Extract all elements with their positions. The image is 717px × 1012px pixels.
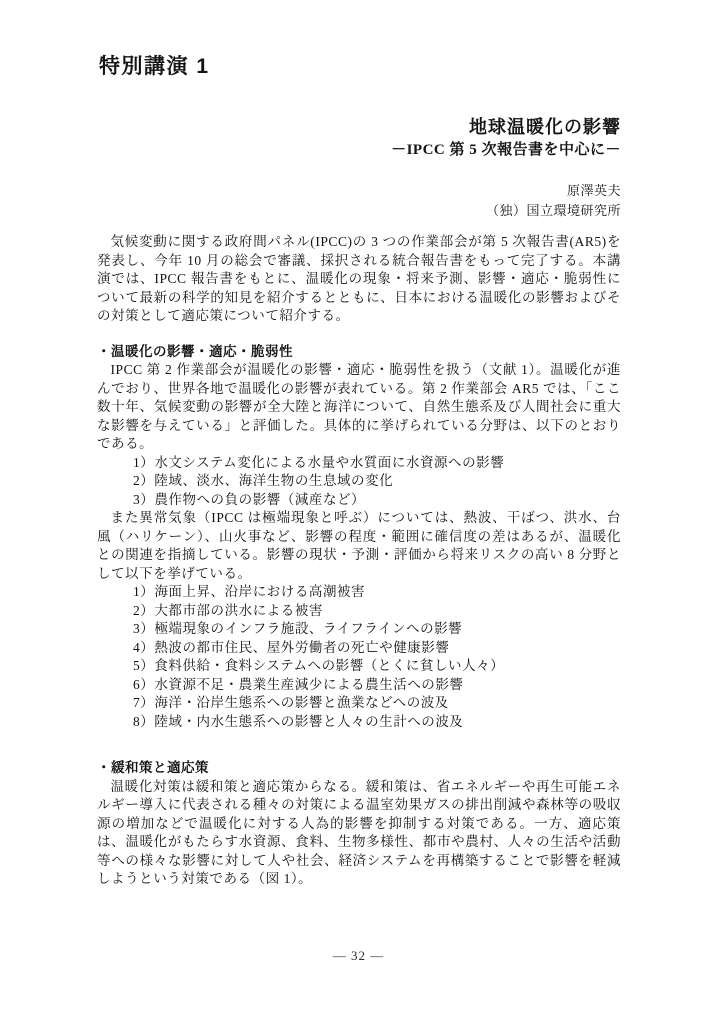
mitigation-paragraph: 温暖化対策は緩和策と適応策からなる。緩和策は、省エネルギーや再生可能エネルギー導… xyxy=(97,778,621,889)
title-block: 地球温暖化の影響 －IPCC 第 5 次報告書を中心に－ xyxy=(391,115,621,161)
list-item: 2）陸域、淡水、海洋生物の生息域の変化 xyxy=(97,472,621,491)
author-block: 原澤英夫 （独）国立環境研究所 xyxy=(486,181,621,220)
section-heading-mitigation-adaptation: ・緩和策と適応策 xyxy=(97,759,621,778)
list-item: 1）海面上昇、沿岸における高潮被害 xyxy=(97,583,621,602)
list-item: 8）陸域・内水生態系への影響と人々の生計への波及 xyxy=(97,713,621,732)
list-item: 7）海洋・沿岸生態系への影響と漁業などへの波及 xyxy=(97,694,621,713)
affected-fields-list: 1）水文システム変化による水量や水質面に水資源への影響 2）陸域、淡水、海洋生物… xyxy=(97,454,621,510)
lecture-series-label: 特別講演 1 xyxy=(99,50,210,80)
page-subtitle: －IPCC 第 5 次報告書を中心に－ xyxy=(391,139,621,161)
page-title: 地球温暖化の影響 xyxy=(391,115,621,139)
page-number: ― 32 ― xyxy=(0,948,717,964)
list-item: 3）農作物への負の影響（減産など） xyxy=(97,491,621,510)
list-item: 5）食料供給・食料システムへの影響（とくに貧しい人々） xyxy=(97,657,621,676)
author-name: 原澤英夫 xyxy=(486,181,621,201)
document-page: 特別講演 1 地球温暖化の影響 －IPCC 第 5 次報告書を中心に－ 原澤英夫… xyxy=(0,0,717,1012)
impacts-paragraph-2: また異常気象（IPCC は極端現象と呼ぶ）については、熱波、干ばつ、洪水、台風（… xyxy=(97,509,621,583)
list-item: 6）水資源不足・農業生産減少による農生活への影響 xyxy=(97,676,621,695)
author-affiliation: （独）国立環境研究所 xyxy=(486,201,621,221)
list-item: 3）極端現象のインフラ施設、ライフラインへの影響 xyxy=(97,620,621,639)
document-body: 気候変動に関する政府間パネル(IPCC)の 3 つの作業部会が第 5 次報告書(… xyxy=(97,233,621,889)
section-heading-impacts-adaptation-vulnerability: ・温暖化の影響・適応・脆弱性 xyxy=(97,343,621,362)
impacts-paragraph-1: IPCC 第 2 作業部会が温暖化の影響・適応・脆弱性を扱う（文献 1）。温暖化… xyxy=(97,361,621,454)
future-risk-list: 1）海面上昇、沿岸における高潮被害 2）大都市部の洪水による被害 3）極端現象の… xyxy=(97,583,621,731)
abstract-paragraph: 気候変動に関する政府間パネル(IPCC)の 3 つの作業部会が第 5 次報告書(… xyxy=(97,233,621,326)
list-item: 1）水文システム変化による水量や水質面に水資源への影響 xyxy=(97,454,621,473)
list-item: 2）大都市部の洪水による被害 xyxy=(97,602,621,621)
list-item: 4）熱波の都市住民、屋外労働者の死亡や健康影響 xyxy=(97,639,621,658)
